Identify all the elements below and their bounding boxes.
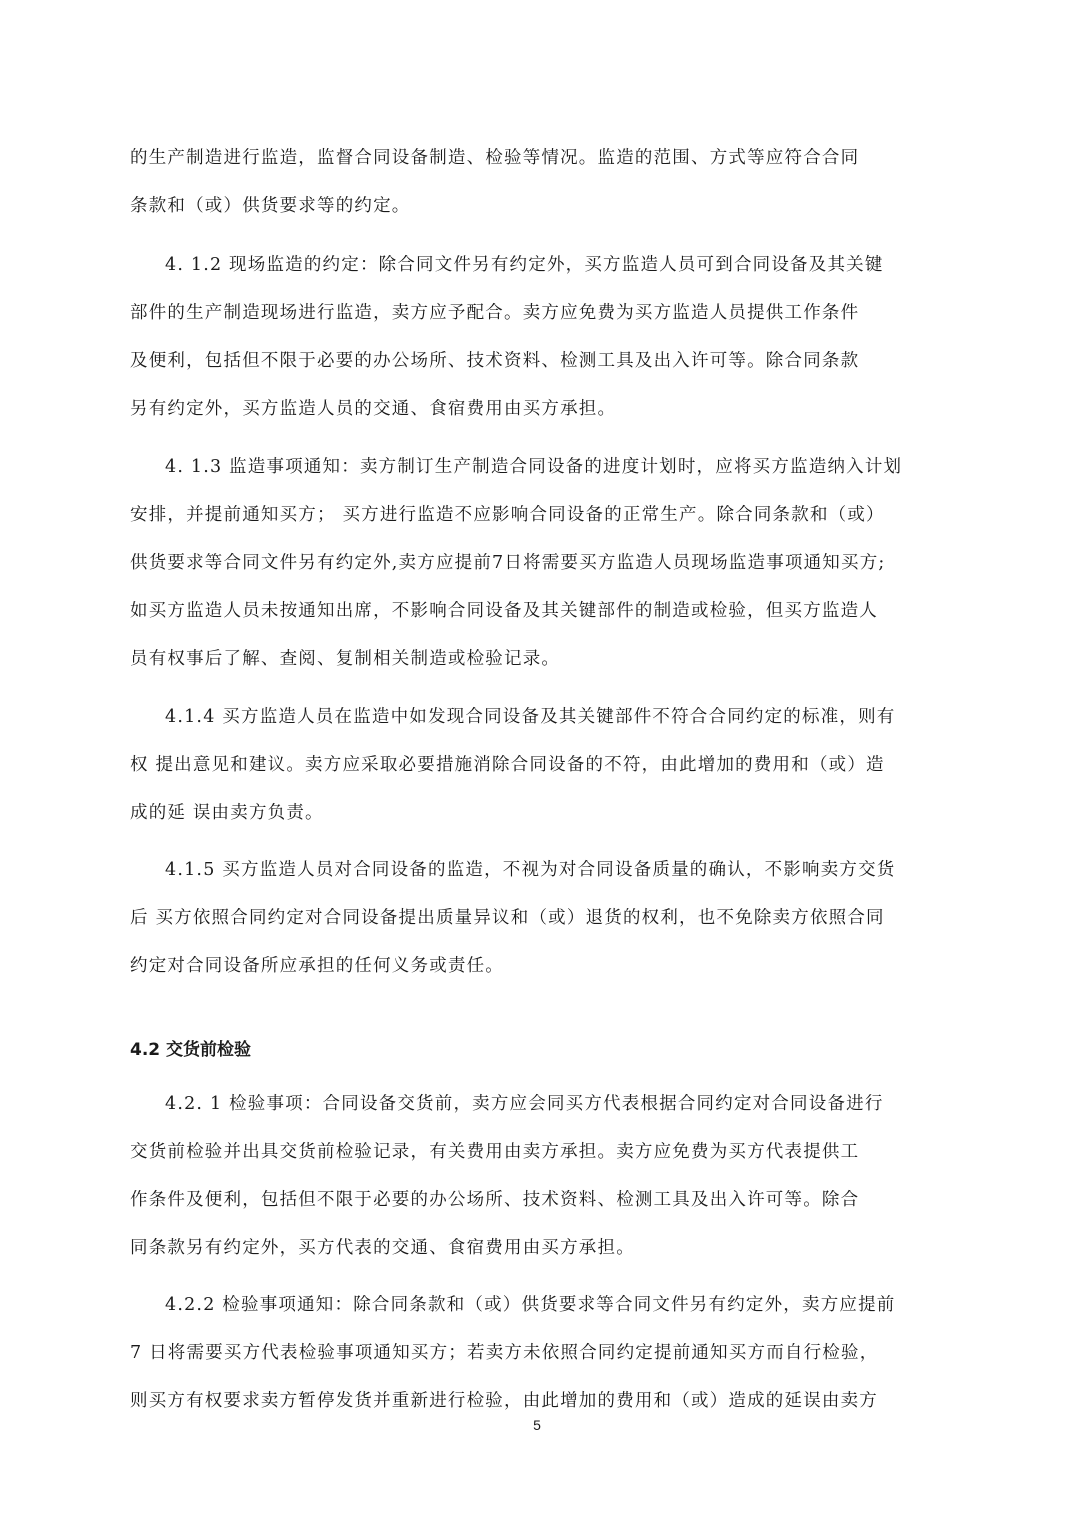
section-heading: 4.2 交货前检验	[130, 1038, 251, 1062]
clause-4-2-1-line: 作条件及便利，包括但不限于必要的办公场所、技术资料、检测工具及出入许可等。除合	[130, 1188, 942, 1212]
document-page: 的生产制造进行监造，监督合同设备制造、检验等情况。监造的范围、方式等应符合合同 …	[0, 0, 1074, 1520]
clause-4-2-1-line: 交货前检验并出具交货前检验记录，有关费用由卖方承担。卖方应免费为买方代表提供工	[130, 1140, 942, 1164]
clause-4-1-4-line: 权 提出意见和建议。卖方应采取必要措施消除合同设备的不符，由此增加的费用和（或）…	[130, 753, 942, 777]
clause-4-1-3-line: 4. 1.3 监造事项通知：卖方制订生产制造合同设备的进度计划时，应将买方监造纳…	[165, 455, 977, 479]
clause-4-1-5-line: 后 买方依照合同约定对合同设备提出质量异议和（或）退货的权利，也不免除卖方依照合…	[130, 906, 942, 930]
clause-4-1-2-line: 4. 1.2 现场监造的约定：除合同文件另有约定外，买方监造人员可到合同设备及其…	[165, 253, 977, 277]
paragraph-line: 条款和（或）供货要求等的约定。	[130, 194, 942, 218]
clause-4-2-1-line: 4.2. 1 检验事项：合同设备交货前，卖方应会同买方代表根据合同约定对合同设备…	[165, 1092, 977, 1116]
page-number: 5	[0, 1417, 1074, 1433]
clause-4-1-4-line: 4.1.4 买方监造人员在监造中如发现合同设备及其关键部件不符合合同约定的标准，…	[165, 705, 977, 729]
paragraph-line: 的生产制造进行监造，监督合同设备制造、检验等情况。监造的范围、方式等应符合合同	[130, 146, 942, 170]
clause-4-1-5-line: 约定对合同设备所应承担的任何义务或责任。	[130, 954, 942, 978]
clause-4-1-2-line: 及便利，包括但不限于必要的办公场所、技术资料、检测工具及出入许可等。除合同条款	[130, 349, 942, 373]
clause-4-1-4-line: 成的延 误由卖方负责。	[130, 801, 942, 825]
clause-4-1-3-line: 如买方监造人员未按通知出席，不影响合同设备及其关键部件的制造或检验，但买方监造人	[130, 599, 942, 623]
clause-4-2-1-line: 同条款另有约定外，买方代表的交通、食宿费用由买方承担。	[130, 1236, 942, 1260]
clause-4-1-5-line: 4.1.5 买方监造人员对合同设备的监造，不视为对合同设备质量的确认，不影响卖方…	[165, 858, 977, 882]
clause-4-1-3-line: 供货要求等合同文件另有约定外,卖方应提前7日将需要买方监造人员现场监造事项通知买…	[130, 551, 942, 575]
clause-4-1-3-line: 安排，并提前通知买方； 买方进行监造不应影响合同设备的正常生产。除合同条款和（或…	[130, 503, 942, 527]
clause-4-1-3-line: 员有权事后了解、查阅、复制相关制造或检验记录。	[130, 647, 942, 671]
clause-4-2-2-line: 4.2.2 检验事项通知：除合同条款和（或）供货要求等合同文件另有约定外，卖方应…	[165, 1293, 977, 1317]
clause-4-2-2-line: 则买方有权要求卖方暂停发货并重新进行检验，由此增加的费用和（或）造成的延误由卖方	[130, 1389, 942, 1413]
clause-4-1-2-line: 部件的生产制造现场进行监造，卖方应予配合。卖方应免费为买方监造人员提供工作条件	[130, 301, 942, 325]
clause-4-1-2-line: 另有约定外，买方监造人员的交通、食宿费用由买方承担。	[130, 397, 942, 421]
clause-4-2-2-line: 7 日将需要买方代表检验事项通知买方；若卖方未依照合同约定提前通知买方而自行检验…	[130, 1341, 942, 1365]
